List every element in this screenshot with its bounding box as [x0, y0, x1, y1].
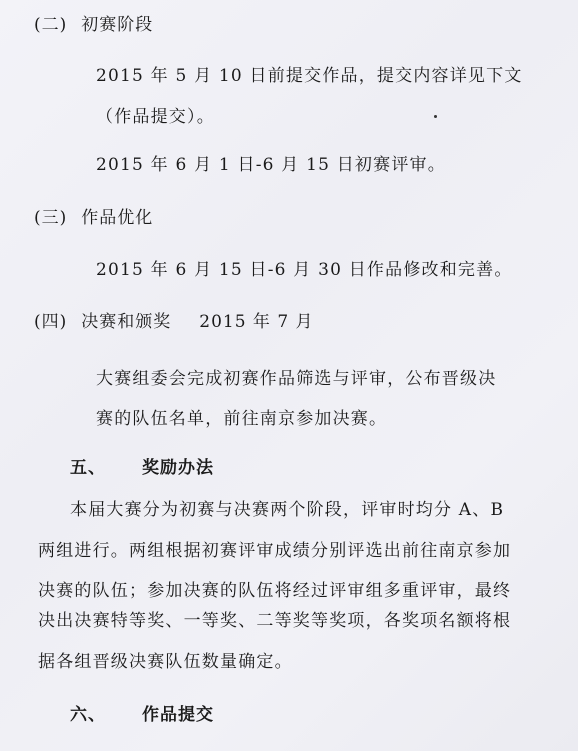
subsection-number: (四): [34, 311, 67, 333]
paragraph-line: （作品提交）。: [96, 106, 215, 128]
paragraph-line: 2015 年 6 月 1 日-6 月 15 日初赛评审。: [96, 154, 446, 176]
subsection-number: (三): [34, 207, 67, 229]
document-page: (二)初赛阶段 2015 年 5 月 10 日前提交作品，提交内容详见下文 （作…: [0, 0, 578, 751]
paragraph-line: 2015 年 6 月 15 日-6 月 30 日作品修改和完善。: [96, 259, 513, 281]
section-title: 奖励办法: [142, 457, 214, 479]
subsection-title: 初赛阶段: [81, 14, 153, 36]
paragraph-line: 两组进行。两组根据初赛评审成绩分别评选出前往南京参加: [38, 540, 511, 562]
subsection-title: 决赛和颁奖: [81, 311, 171, 333]
subsection-date: 2015 年 7 月: [199, 312, 313, 332]
paragraph-line: 据各组晋级决赛队伍数量确定。: [38, 651, 293, 673]
subsection-heading-preliminary: (二)初赛阶段: [34, 14, 153, 36]
subsection-heading-finals: (四)决赛和颁奖2015 年 7 月: [34, 311, 314, 333]
subsection-title: 作品优化: [81, 207, 153, 229]
scan-speck: [434, 115, 437, 118]
paragraph-line: 决出决赛特等奖、一等奖、二等奖等奖项，各奖项名额将根: [38, 610, 511, 632]
section-heading-submission: 六、作品提交: [70, 704, 214, 726]
section-number: 六、: [70, 704, 106, 726]
section-number: 五、: [70, 457, 106, 479]
paragraph-line: 决赛的队伍；参加决赛的队伍将经过评审组多重评审，最终: [38, 580, 511, 602]
paragraph-line: 2015 年 5 月 10 日前提交作品，提交内容详见下文: [96, 65, 523, 87]
paragraph-line: 赛的队伍名单，前往南京参加决赛。: [96, 408, 387, 430]
section-heading-awards: 五、奖励办法: [70, 457, 214, 479]
paragraph-line: 本届大赛分为初赛与决赛两个阶段，评审时均分 A、B: [70, 499, 504, 521]
paragraph-line: 大赛组委会完成初赛作品筛选与评审，公布晋级决: [96, 368, 496, 390]
subsection-number: (二): [34, 14, 67, 36]
section-title: 作品提交: [142, 704, 214, 726]
subsection-heading-optimization: (三)作品优化: [34, 207, 153, 229]
